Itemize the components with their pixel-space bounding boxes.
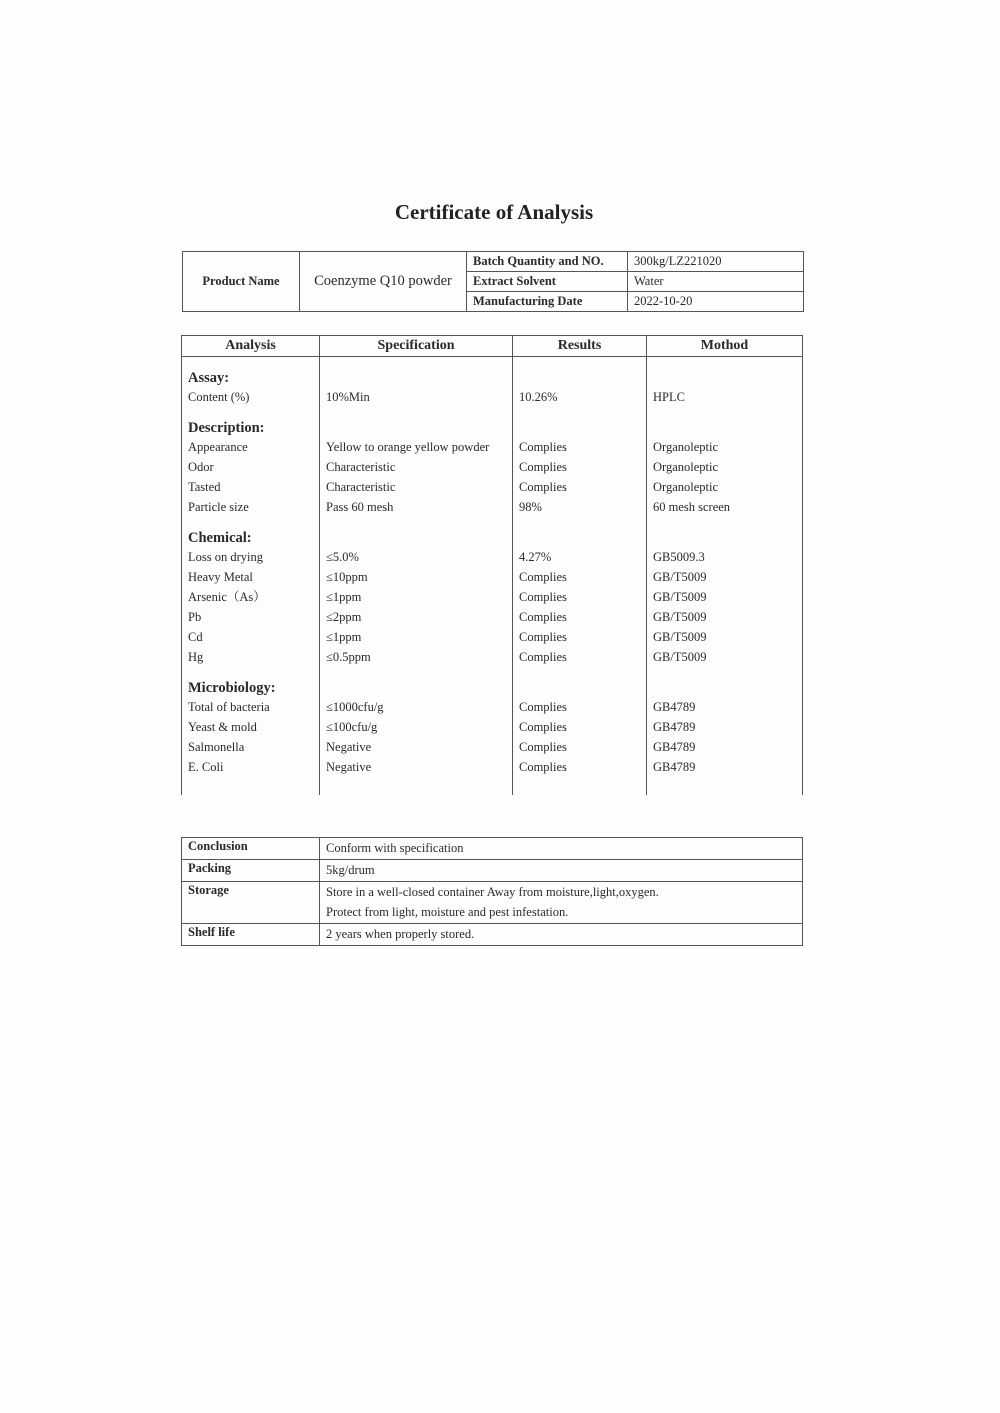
specification-value: ≤10ppm <box>326 567 512 587</box>
result-value: Complies <box>519 457 646 477</box>
specification-value: 10%Min <box>326 387 512 407</box>
analysis-item: Tasted <box>188 477 319 497</box>
specification-value: ≤5.0% <box>326 547 512 567</box>
section-spacer <box>519 677 646 697</box>
summary-row: ConclusionConform with specification <box>182 838 803 860</box>
solvent-label: Extract Solvent <box>467 272 628 292</box>
method-value: GB4789 <box>653 717 802 737</box>
specification-value: ≤1000cfu/g <box>326 697 512 717</box>
document-title: Certificate of Analysis <box>0 200 988 225</box>
result-value: Complies <box>519 627 646 647</box>
specification-value: Yellow to orange yellow powder <box>326 437 512 457</box>
column-header-analysis: Analysis <box>182 336 320 357</box>
specification-value: Characteristic <box>326 457 512 477</box>
analysis-item: Heavy Metal <box>188 567 319 587</box>
method-value: GB4789 <box>653 737 802 757</box>
section-spacer <box>653 677 802 697</box>
batch-label: Batch Quantity and NO. <box>467 252 628 272</box>
result-value: Complies <box>519 697 646 717</box>
analysis-item: Appearance <box>188 437 319 457</box>
analysis-item: E. Coli <box>188 757 319 777</box>
summary-label: Conclusion <box>182 838 320 860</box>
product-info-table: Product Name Coenzyme Q10 powder Batch Q… <box>182 251 804 312</box>
summary-value-line: Protect from light, moisture and pest in… <box>326 903 802 923</box>
result-value: Complies <box>519 737 646 757</box>
section-spacer <box>326 417 512 437</box>
section-spacer <box>519 367 646 387</box>
method-column: HPLCOrganolepticOrganolepticOrganoleptic… <box>647 357 803 796</box>
result-value: 98% <box>519 497 646 517</box>
section-spacer <box>326 677 512 697</box>
summary-value: Store in a well-closed container Away fr… <box>320 882 803 924</box>
analysis-table: Analysis Specification Results Mothod As… <box>181 335 803 795</box>
result-value: Complies <box>519 567 646 587</box>
section-heading: Description: <box>188 417 319 437</box>
method-value: GB/T5009 <box>653 647 802 667</box>
summary-value-line: 5kg/drum <box>326 861 802 881</box>
summary-row: StorageStore in a well-closed container … <box>182 882 803 924</box>
specification-value: Characteristic <box>326 477 512 497</box>
method-value: GB/T5009 <box>653 567 802 587</box>
specification-value: ≤0.5ppm <box>326 647 512 667</box>
summary-row: Packing5kg/drum <box>182 860 803 882</box>
summary-table: ConclusionConform with specificationPack… <box>181 837 803 946</box>
summary-value-line: Store in a well-closed container Away fr… <box>326 883 802 903</box>
analysis-item: Content (%) <box>188 387 319 407</box>
analysis-item: Pb <box>188 607 319 627</box>
summary-value-line: 2 years when properly stored. <box>326 925 802 945</box>
solvent-value: Water <box>628 272 804 292</box>
analysis-item: Odor <box>188 457 319 477</box>
analysis-item: Hg <box>188 647 319 667</box>
method-value: Organoleptic <box>653 477 802 497</box>
manufacturing-date-label: Manufacturing Date <box>467 292 628 312</box>
product-name-value: Coenzyme Q10 powder <box>300 252 467 312</box>
result-value: Complies <box>519 477 646 497</box>
analysis-item: Arsenic（As） <box>188 587 319 607</box>
column-header-specification: Specification <box>320 336 513 357</box>
method-value: GB4789 <box>653 757 802 777</box>
specification-value: ≤100cfu/g <box>326 717 512 737</box>
section-spacer <box>653 417 802 437</box>
section-spacer <box>519 527 646 547</box>
method-value: GB/T5009 <box>653 587 802 607</box>
summary-value: Conform with specification <box>320 838 803 860</box>
product-name-label: Product Name <box>183 252 300 312</box>
section-heading: Chemical: <box>188 527 319 547</box>
result-value: Complies <box>519 587 646 607</box>
summary-label: Storage <box>182 882 320 924</box>
result-value: Complies <box>519 717 646 737</box>
specification-column: 10%MinYellow to orange yellow powderChar… <box>320 357 513 796</box>
summary-value: 2 years when properly stored. <box>320 924 803 946</box>
section-spacer <box>326 527 512 547</box>
method-value: HPLC <box>653 387 802 407</box>
section-heading: Microbiology: <box>188 677 319 697</box>
analysis-item: Loss on drying <box>188 547 319 567</box>
specification-value: ≤2ppm <box>326 607 512 627</box>
analysis-item: Yeast & mold <box>188 717 319 737</box>
result-value: Complies <box>519 757 646 777</box>
summary-row: Shelf life2 years when properly stored. <box>182 924 803 946</box>
summary-label: Shelf life <box>182 924 320 946</box>
analysis-item: Cd <box>188 627 319 647</box>
method-value: Organoleptic <box>653 457 802 477</box>
section-spacer <box>519 417 646 437</box>
method-value: GB/T5009 <box>653 627 802 647</box>
result-value: Complies <box>519 437 646 457</box>
summary-value: 5kg/drum <box>320 860 803 882</box>
section-spacer <box>653 527 802 547</box>
results-column: 10.26%CompliesCompliesComplies98%4.27%Co… <box>513 357 647 796</box>
result-value: 4.27% <box>519 547 646 567</box>
summary-value-line: Conform with specification <box>326 839 802 859</box>
result-value: Complies <box>519 647 646 667</box>
analysis-column: Assay:Content (%)Description:AppearanceO… <box>182 357 320 796</box>
manufacturing-date-value: 2022-10-20 <box>628 292 804 312</box>
method-value: GB/T5009 <box>653 607 802 627</box>
analysis-item: Particle size <box>188 497 319 517</box>
method-value: GB5009.3 <box>653 547 802 567</box>
result-value: Complies <box>519 607 646 627</box>
section-heading: Assay: <box>188 367 319 387</box>
column-header-method: Mothod <box>647 336 803 357</box>
analysis-item: Total of bacteria <box>188 697 319 717</box>
method-value: GB4789 <box>653 697 802 717</box>
specification-value: Negative <box>326 737 512 757</box>
column-header-results: Results <box>513 336 647 357</box>
specification-value: ≤1ppm <box>326 587 512 607</box>
method-value: Organoleptic <box>653 437 802 457</box>
batch-value: 300kg/LZ221020 <box>628 252 804 272</box>
specification-value: Negative <box>326 757 512 777</box>
section-spacer <box>326 367 512 387</box>
analysis-item: Salmonella <box>188 737 319 757</box>
section-spacer <box>653 367 802 387</box>
method-value: 60 mesh screen <box>653 497 802 517</box>
result-value: 10.26% <box>519 387 646 407</box>
specification-value: Pass 60 mesh <box>326 497 512 517</box>
summary-label: Packing <box>182 860 320 882</box>
specification-value: ≤1ppm <box>326 627 512 647</box>
